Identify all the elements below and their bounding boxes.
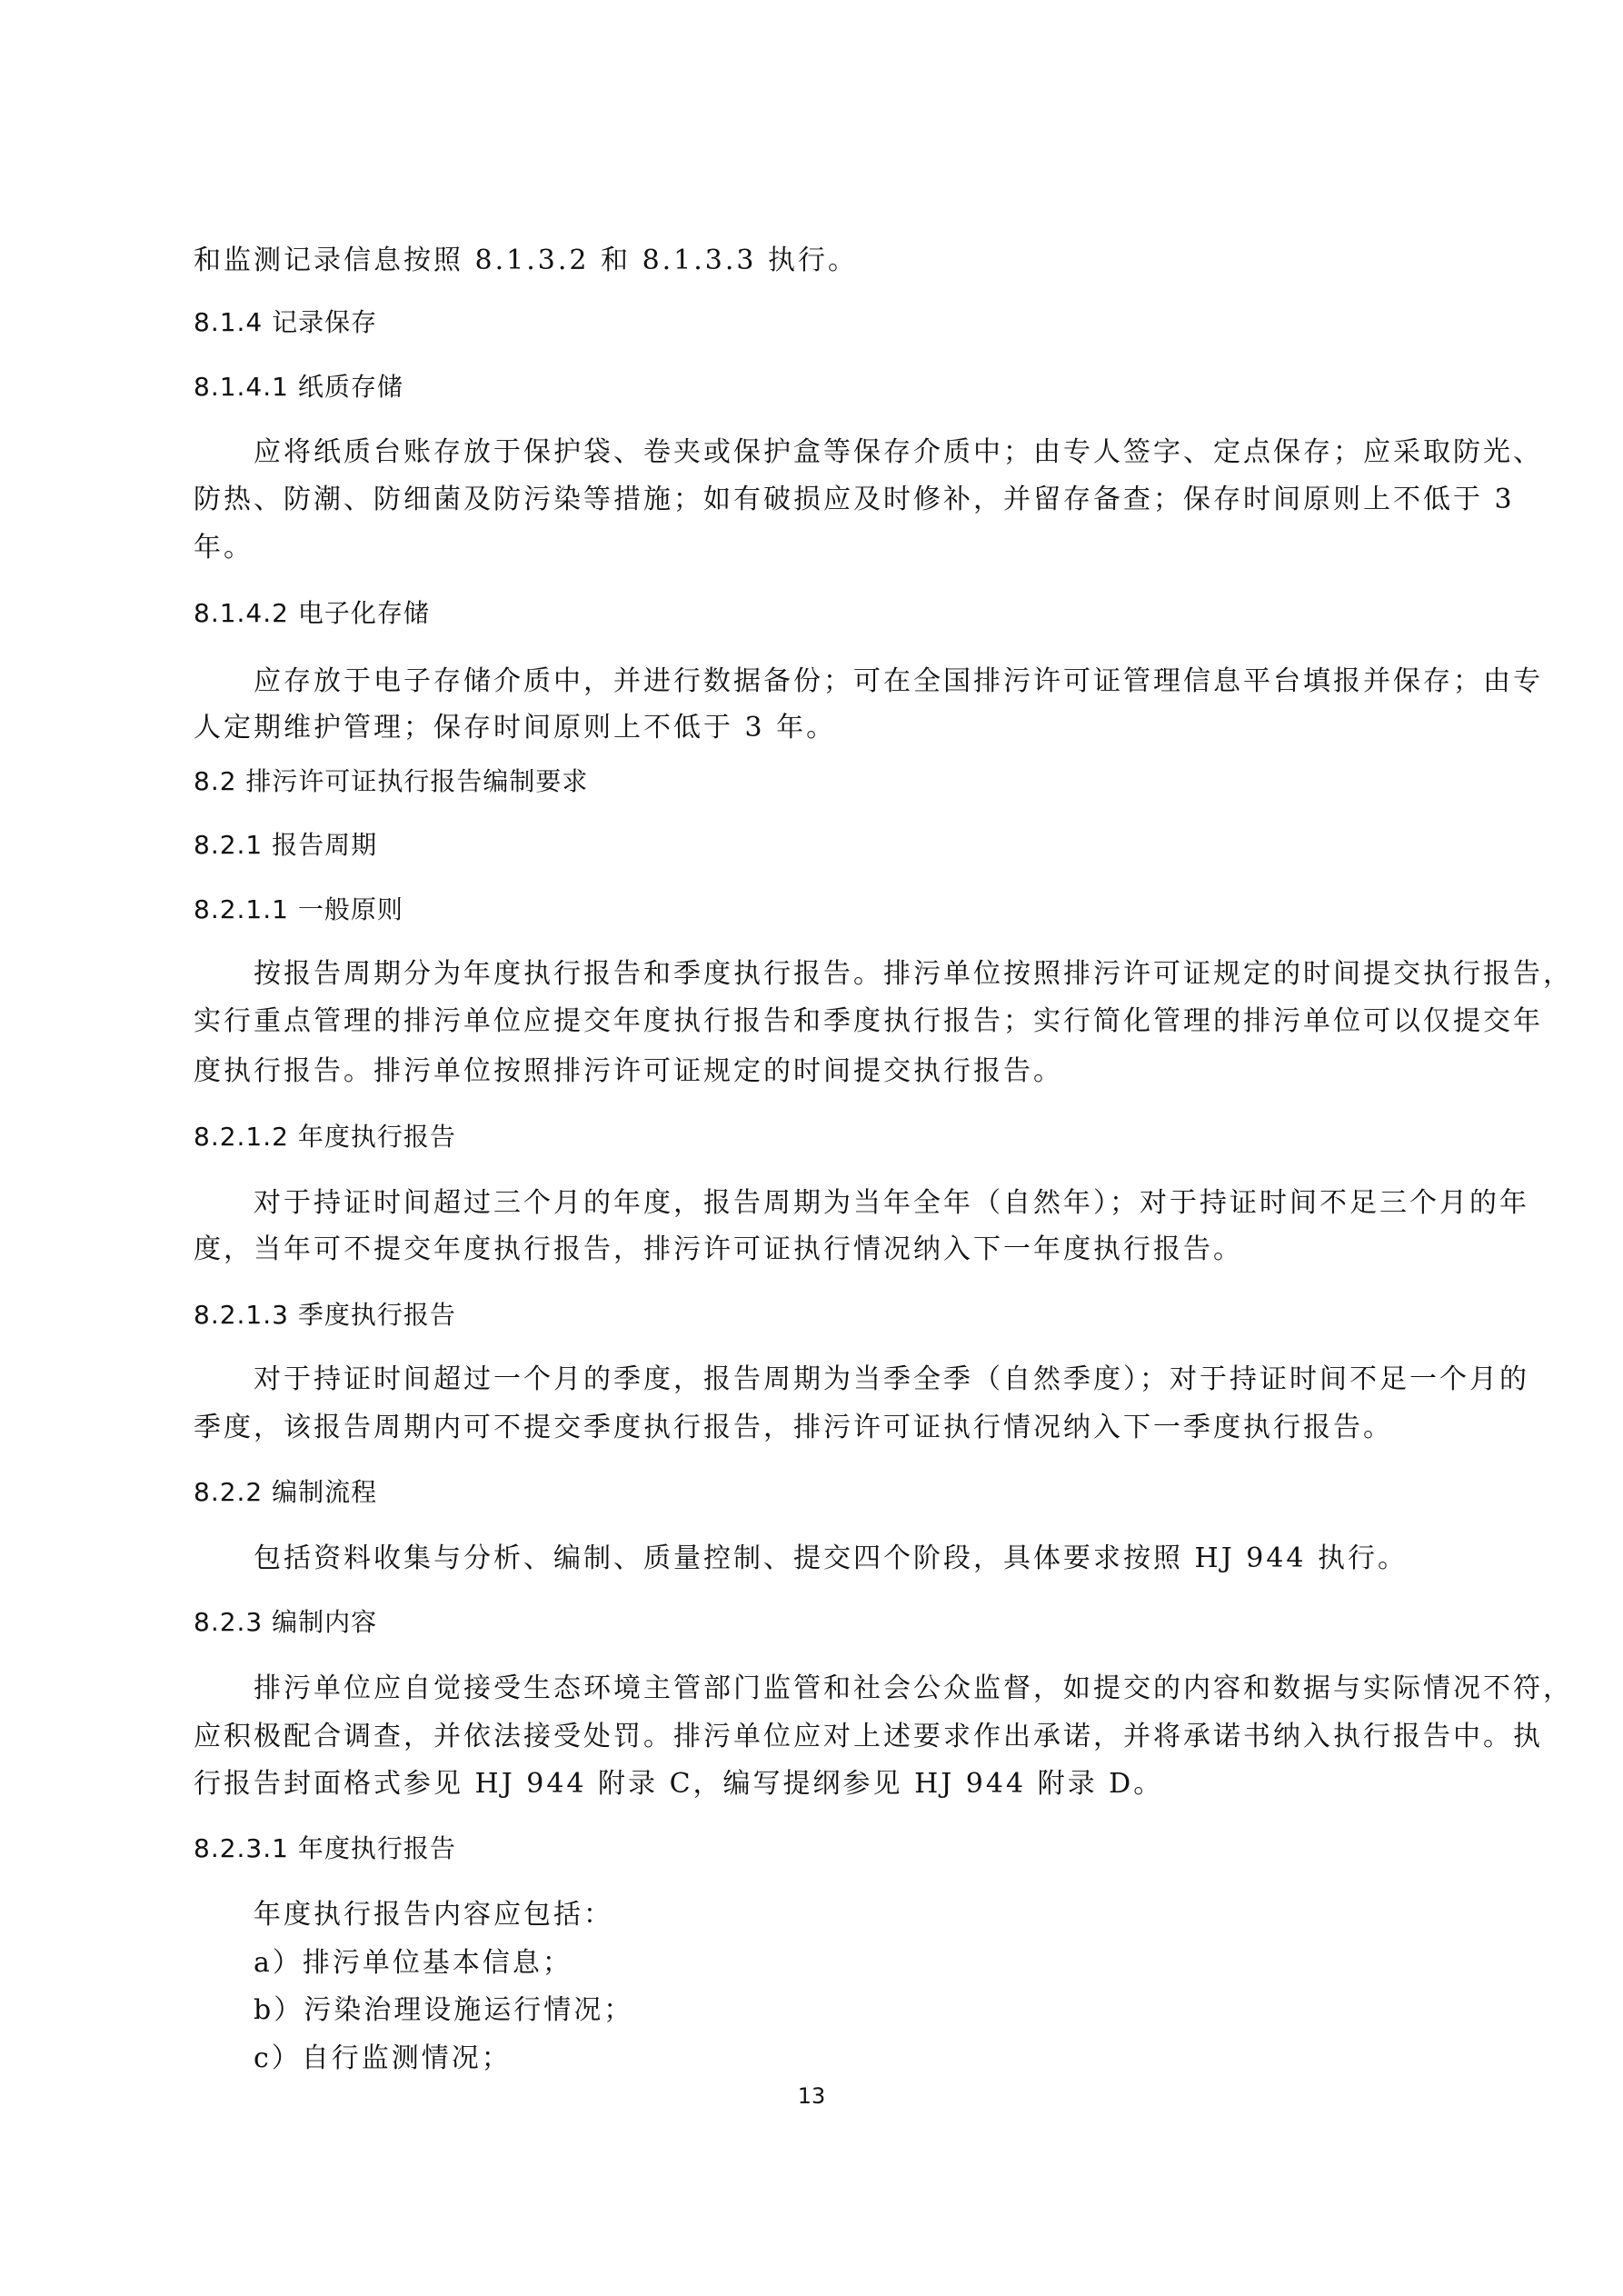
list-item-a: a）排污单位基本信息； [254,1950,573,1977]
paragraph-line: 应积极配合调查，并依法接受处罚。排污单位应对上述要求作出承诺，并将承诺书纳入执行… [194,1723,1466,1751]
paragraph-continuation: 和监测记录信息按照 8.1.3.2 和 8.1.3.3 执行。 [194,247,858,275]
paragraph-line: 应存放于电子存储介质中，并进行数据备份；可在全国排污许可证管理信息平台填报并保存… [254,668,1466,695]
section-heading-8-2-2: 8.2.2 编制流程 [194,1480,377,1505]
paragraph-line: 行报告封面格式参见 HJ 944 附录 C，编写提纲参见 HJ 944 附录 D… [194,1771,1163,1798]
section-heading-8-2: 8.2 排污许可证执行报告编制要求 [194,769,588,794]
paragraph-line: 对于持证时间超过一个月的季度，报告周期为当季全季（自然季度）；对于持证时间不足一… [254,1366,1466,1393]
section-heading-8-1-4-1: 8.1.4.1 纸质存储 [194,374,403,400]
section-heading-8-1-4-2: 8.1.4.2 电子化存储 [194,601,430,626]
paragraph-line: 实行重点管理的排污单位应提交年度执行报告和季度执行报告；实行简化管理的排污单位可… [194,1008,1466,1035]
section-heading-8-1-4: 8.1.4 记录保存 [194,310,377,335]
list-item-c: c）自行监测情况； [254,2045,512,2072]
section-heading-8-2-1-2: 8.2.1.2 年度执行报告 [194,1124,456,1150]
paragraph-line: 人定期维护管理；保存时间原则上不低于 3 年。 [194,714,836,742]
section-heading-8-2-1-1: 8.2.1.1 一般原则 [194,897,403,923]
section-heading-8-2-1: 8.2.1 报告周期 [194,833,377,858]
page-number: 13 [0,2083,1623,2109]
section-heading-8-2-3: 8.2.3 编制内容 [194,1610,377,1635]
paragraph-line: 排污单位应自觉接受生态环境主管部门监管和社会公众监督，如提交的内容和数据与实际情… [254,1675,1466,1702]
list-item-b: b）污染治理设施运行情况； [254,1997,633,2024]
paragraph-line: 度，当年可不提交年度执行报告，排污许可证执行情况纳入下一年度执行报告。 [194,1236,1243,1263]
paragraph-line: 对于持证时间超过三个月的年度，报告周期为当年全年（自然年）；对于持证时间不足三个… [254,1190,1466,1217]
paragraph-line: 年度执行报告内容应包括： [254,1902,613,1929]
paragraph-line: 包括资料收集与分析、编制、质量控制、提交四个阶段，具体要求按照 HJ 944 执… [254,1545,1408,1572]
paragraph-line: 应将纸质台账存放于保护袋、卷夹或保护盒等保存介质中；由专人签字、定点保存；应采取… [254,439,1466,466]
section-heading-8-2-1-3: 8.2.1.3 季度执行报告 [194,1303,456,1328]
paragraph-line: 年。 [194,534,254,562]
paragraph-line: 按报告周期分为年度执行报告和季度执行报告。排污单位按照排污许可证规定的时间提交执… [254,961,1466,988]
section-heading-8-2-3-1: 8.2.3.1 年度执行报告 [194,1836,456,1862]
paragraph-line: 季度，该报告周期内可不提交季度执行报告，排污许可证执行情况纳入下一季度执行报告。 [194,1414,1393,1442]
paragraph-line: 度执行报告。排污单位按照排污许可证规定的时间提交执行报告。 [194,1058,1063,1085]
paragraph-line: 防热、防潮、防细菌及防污染等措施；如有破损应及时修补，并留存备查；保存时间原则上… [194,486,1466,514]
